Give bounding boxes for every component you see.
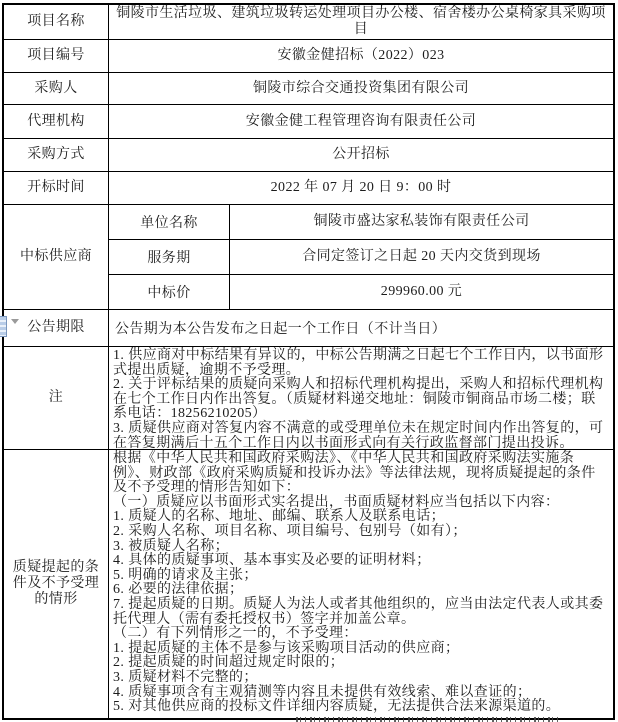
table-row: 注 1. 供应商对中标结果有异议的，中标公告期满之日起七个工作日内，以书面形式提… [4,347,613,450]
objection-conditions-value: 根据《中华人民共和国政府采购法》、《中华人民共和国政府采购法实施条例》、财政部《… [109,450,613,718]
table-row: 质疑提起的条件及不予受理的情形 根据《中华人民共和国政府采购法》、《中华人民共和… [4,450,613,718]
announcement-period-value: 公告期为本公告发布之日起一个工作日（不计当日） [109,310,613,346]
bid-opening-time-label: 开标时间 [4,172,109,204]
cropped-text-artifact [296,717,562,722]
table-row: 中标价 299960.00 元 [109,275,613,309]
service-period-value: 合同定签订之日起 20 天内交货到现场 [230,240,613,274]
procurement-award-table: 项目名称 铜陵市生活垃圾、建筑垃圾转运处理项目办公楼、宿舍楼办公桌椅家具采购项目… [2,3,615,720]
clipboard-icon [0,316,7,337]
table-row: 开标时间 2022 年 07 月 20 日 9：00 时 [4,172,613,205]
table-row: 项目编号 安徽金健招标（2022）023 [4,40,613,73]
page: 项目名称 铜陵市生活垃圾、建筑垃圾转运处理项目办公楼、宿舍楼办公桌椅家具采购项目… [0,0,618,722]
table-row: 服务期 合同定签订之日起 20 天内交货到现场 [109,240,613,275]
table-row: 代理机构 安徽金健工程管理咨询有限责任公司 [4,105,613,139]
purchaser-value: 铜陵市综合交通投资集团有限公司 [109,73,613,104]
table-row: 单位名称 铜陵市盛达家私装饰有限责任公司 [109,205,613,240]
purchaser-label: 采购人 [4,73,109,104]
objection-conditions-label: 质疑提起的条件及不予受理的情形 [4,450,109,718]
note-label: 注 [4,347,109,449]
procurement-method-label: 采购方式 [4,139,109,171]
project-name-label: 项目名称 [4,5,109,39]
chevron-down-icon [11,319,19,324]
paste-options-button[interactable] [0,315,22,337]
table-row: 采购方式 公开招标 [4,139,613,172]
winning-supplier-subtable: 单位名称 铜陵市盛达家私装饰有限责任公司 服务期 合同定签订之日起 20 天内交… [109,205,613,309]
note-value: 1. 供应商对中标结果有异议的，中标公告期满之日起七个工作日内，以书面形式提出质… [109,347,613,449]
project-name-value: 铜陵市生活垃圾、建筑垃圾转运处理项目办公楼、宿舍楼办公桌椅家具采购项目 [109,5,613,39]
procurement-method-value: 公开招标 [109,139,613,171]
winning-supplier-row: 中标供应商 单位名称 铜陵市盛达家私装饰有限责任公司 服务期 合同定签订之日起 … [4,205,613,310]
unit-name-label: 单位名称 [109,205,230,239]
award-price-value: 299960.00 元 [230,275,613,309]
unit-name-value: 铜陵市盛达家私装饰有限责任公司 [230,205,613,239]
project-number-label: 项目编号 [4,40,109,72]
agency-label: 代理机构 [4,105,109,138]
winning-supplier-label: 中标供应商 [4,205,109,309]
agency-value: 安徽金健工程管理咨询有限责任公司 [109,105,613,138]
service-period-label: 服务期 [109,240,230,274]
project-number-value: 安徽金健招标（2022）023 [109,40,613,72]
table-row: 项目名称 铜陵市生活垃圾、建筑垃圾转运处理项目办公楼、宿舍楼办公桌椅家具采购项目 [4,5,613,40]
table-row: 采购人 铜陵市综合交通投资集团有限公司 [4,73,613,105]
table-row: 公告期限 公告期为本公告发布之日起一个工作日（不计当日） [4,310,613,347]
bid-opening-time-value: 2022 年 07 月 20 日 9：00 时 [109,172,613,204]
award-price-label: 中标价 [109,275,230,309]
